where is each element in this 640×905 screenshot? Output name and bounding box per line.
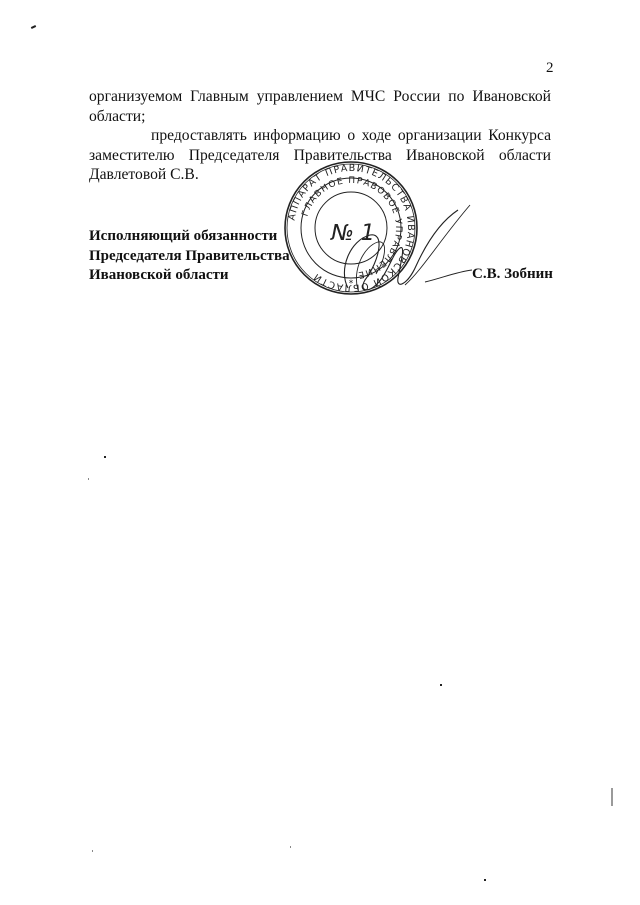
scan-speck <box>290 846 291 848</box>
scan-speck <box>92 850 93 852</box>
signer-name: С.В. Зобнин <box>472 266 553 283</box>
paragraph-1-line-1: организуемом Главным управлением МЧС Рос… <box>89 87 551 107</box>
position-line-2: Председателя Правительства <box>89 247 290 267</box>
scan-speck <box>440 684 442 686</box>
page-number: 2 <box>546 60 554 77</box>
position-line-3: Ивановской области <box>89 266 290 286</box>
scan-speck <box>88 478 89 480</box>
paragraph-2-line-1: предоставлять информацию о ходе организа… <box>89 126 551 146</box>
scan-speck <box>104 456 106 458</box>
signatory-position: Исполняющий обязанности Председателя Пра… <box>89 227 290 286</box>
position-line-1: Исполняющий обязанности <box>89 227 290 247</box>
paragraph-1-line-2: области; <box>89 107 551 127</box>
handwritten-signature-icon <box>330 200 480 300</box>
scan-speck <box>31 25 36 29</box>
scan-edge-mark <box>611 788 613 806</box>
scan-speck <box>484 879 486 881</box>
